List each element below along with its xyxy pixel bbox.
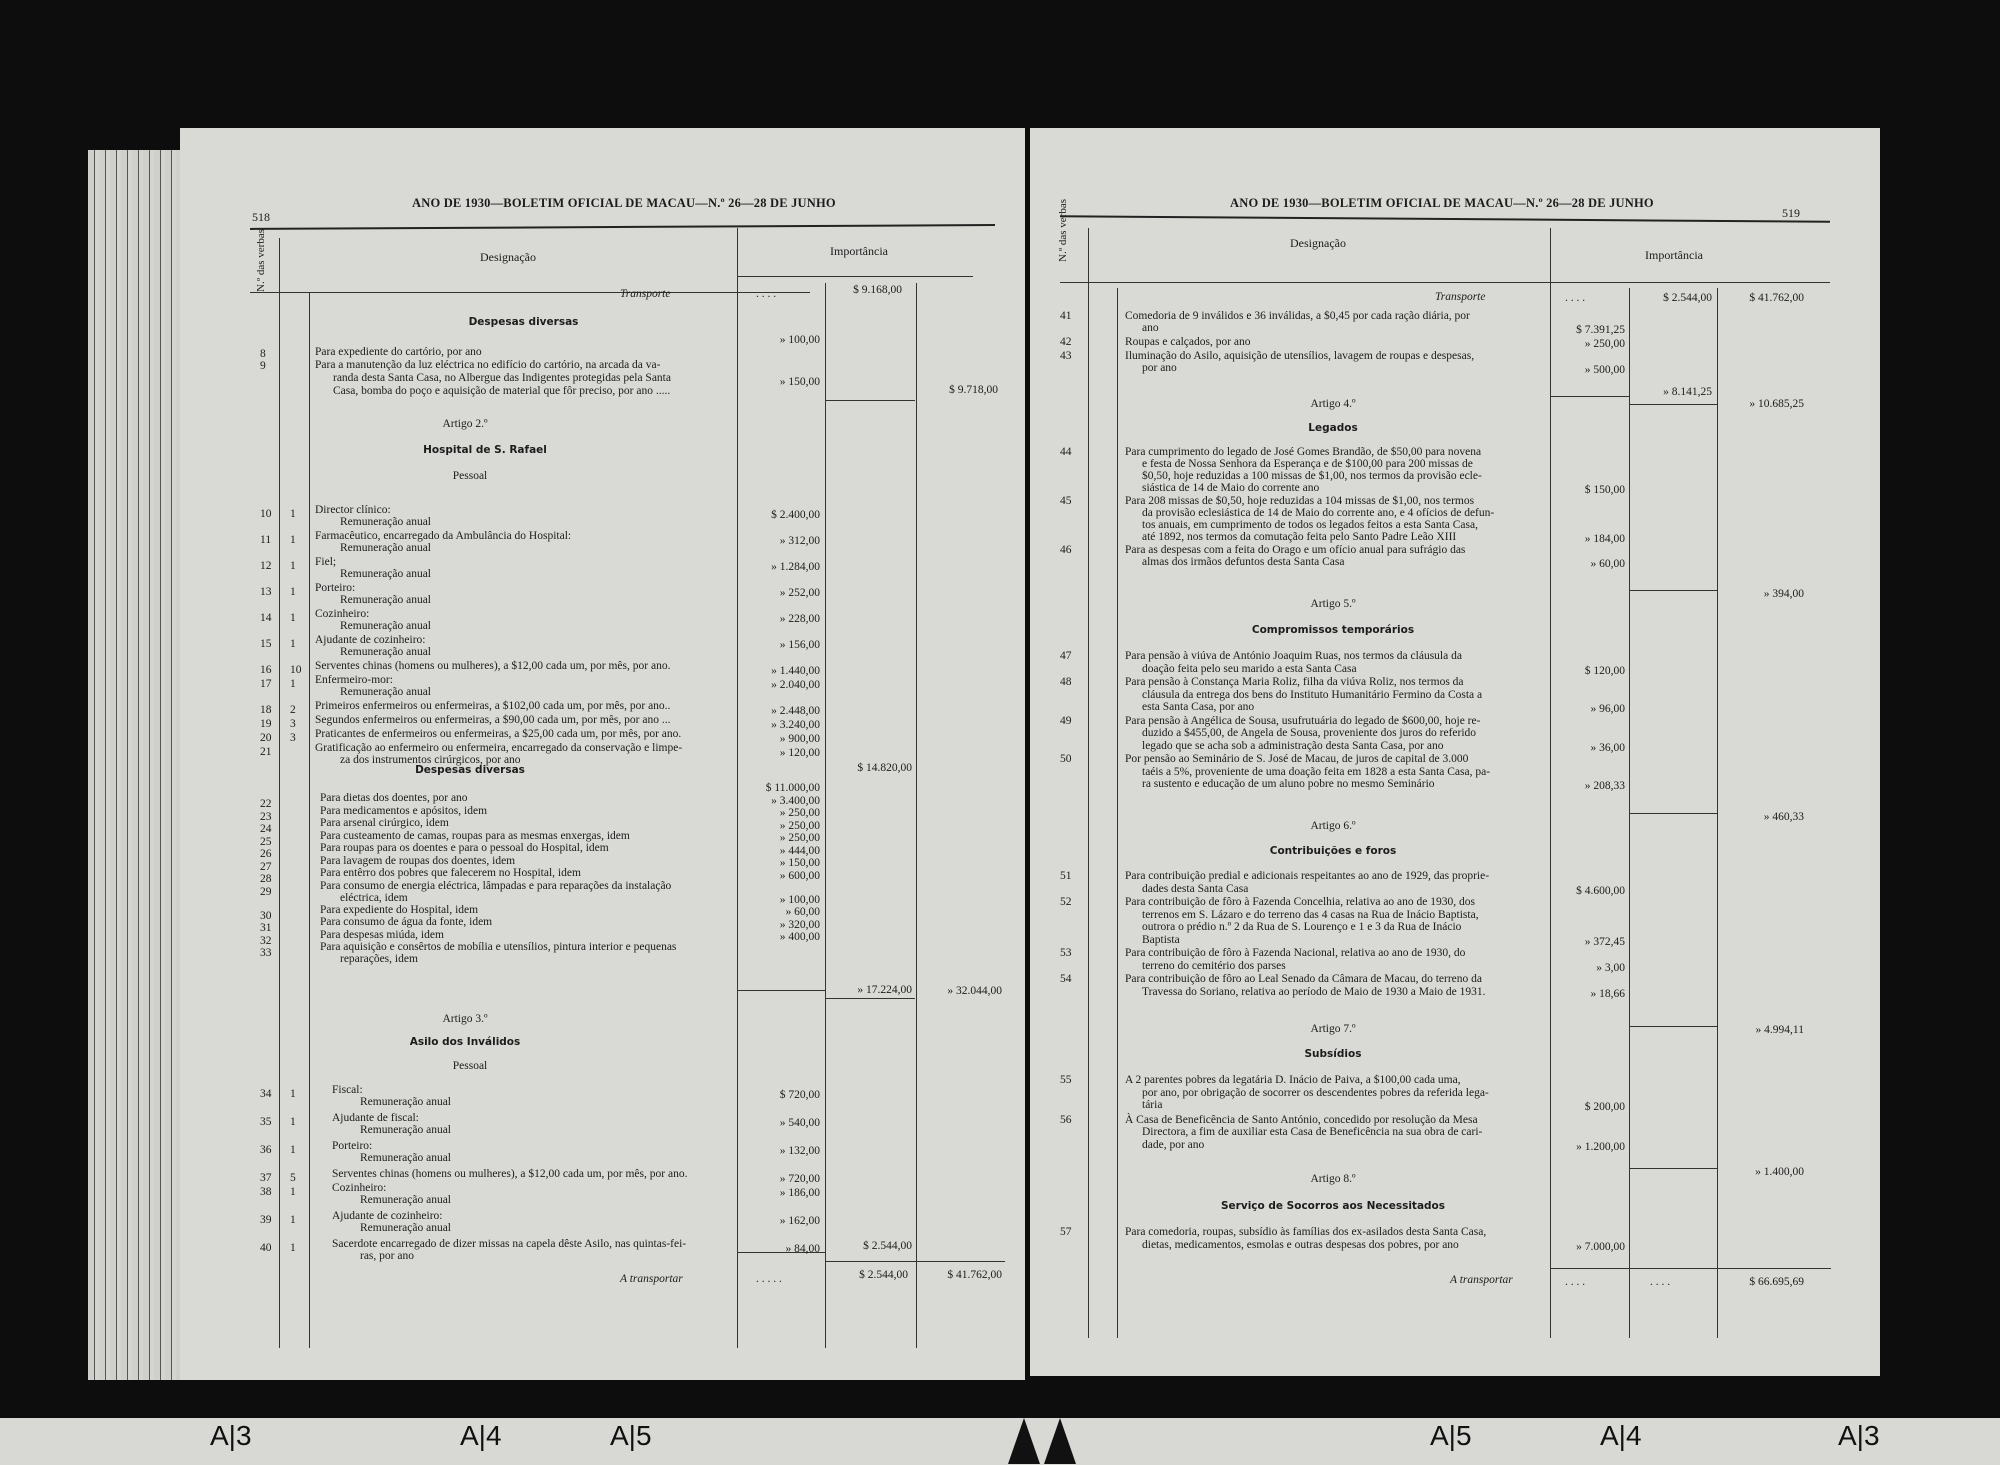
item-quantity: 3 — [290, 732, 296, 745]
item-number: 17 — [260, 678, 272, 691]
frame-mark: A|3 — [1838, 1420, 1880, 1452]
item-quantity: 1 — [290, 1242, 296, 1255]
item-number: 15 — [260, 638, 272, 651]
col-header-num: N.º das verbas — [1058, 199, 1069, 262]
item-value: » 540,00 — [740, 1117, 820, 1130]
item-value: » 96,00 — [1555, 703, 1625, 716]
frame-mark: A|4 — [1600, 1420, 1642, 1452]
item-value: » 600,00 — [740, 870, 820, 883]
item-value: » 900,00 — [740, 733, 820, 746]
item-value: » 60,00 — [740, 906, 820, 919]
item-number: 30 — [260, 910, 272, 923]
item-description: Para contribuição de fôro à Fazenda Naci… — [1125, 947, 1465, 960]
item-number: 34 — [260, 1088, 272, 1101]
item-value: » 2.448,00 — [740, 705, 820, 718]
item-detail: Remuneração anual — [340, 516, 431, 529]
item-number: 10 — [260, 508, 272, 521]
item-value: » 320,00 — [740, 919, 820, 932]
item-detail: Remuneração anual — [360, 1096, 451, 1109]
item-detail: Remuneração anual — [340, 686, 431, 699]
item-detail: Remuneração anual — [360, 1194, 451, 1207]
article-heading: Artigo 5.º — [1118, 598, 1548, 610]
item-number: 31 — [260, 922, 272, 935]
left-page: 518 ANO DE 1930—BOLETIM OFICIAL DE MACAU… — [180, 128, 1025, 1380]
item-description: duzido a $455,00, de Angela de Sousa, pr… — [1142, 727, 1476, 740]
item-title: Praticantes de enfermeiros ou enfermeira… — [315, 728, 681, 741]
item-number: 11 — [260, 534, 271, 547]
item-value: » 208,33 — [1555, 780, 1625, 793]
section-title: Serviço de Socorros aos Necessitados — [1118, 1200, 1548, 1212]
item-value: $ 11.000,00 — [740, 782, 820, 795]
running-header: ANO DE 1930—BOLETIM OFICIAL DE MACAU—N.º… — [1230, 196, 1654, 211]
item-description: ra sustento e educação de um aluno pobre… — [1142, 778, 1435, 791]
subtotal: $ 14.820,00 — [830, 762, 912, 775]
item-description: Para a manutenção da luz eléctrica no ed… — [315, 359, 733, 398]
item-value: » 120,00 — [740, 747, 820, 760]
center-arrow-icon — [1008, 1418, 1040, 1464]
subsection-title: Pessoal — [310, 1060, 630, 1072]
frame-mark: A|5 — [1430, 1420, 1472, 1452]
col-header-designation: Designação — [1290, 236, 1346, 251]
item-number: 44 — [1060, 446, 1072, 459]
item-value: $ 4.600,00 — [1555, 885, 1625, 898]
item-description: Para pensão à Constança Maria Roliz, fil… — [1125, 676, 1464, 689]
item-value: » 36,00 — [1555, 742, 1625, 755]
page-number: 519 — [1782, 206, 1800, 221]
item-number: 45 — [1060, 495, 1072, 508]
subtotal: » 8.141,25 — [1632, 386, 1712, 399]
section-title: Compromissos temporários — [1118, 624, 1548, 636]
item-number: 19 — [260, 718, 272, 731]
page-stack-edges — [88, 150, 188, 1380]
item-quantity: 1 — [290, 612, 296, 625]
item-value: » 100,00 — [740, 334, 820, 347]
page-number: 518 — [252, 210, 270, 225]
item-detail: za dos instrumentos cirúrgicos, por ano — [340, 754, 521, 767]
item-description: Para expediente do Hospital, idem — [320, 904, 478, 917]
item-detail: Remuneração anual — [360, 1152, 451, 1165]
col-header-designation: Designação — [480, 250, 536, 265]
item-description: tária — [1142, 1099, 1162, 1112]
item-quantity: 10 — [290, 664, 302, 677]
item-value: » 228,00 — [740, 613, 820, 626]
transport-label: Transporte — [1435, 291, 1486, 304]
item-number: 50 — [1060, 753, 1072, 766]
item-description: Para contribuição de fôro ao Leal Senado… — [1125, 973, 1482, 986]
item-quantity: 1 — [290, 534, 296, 547]
item-number: 52 — [1060, 896, 1072, 909]
item-description: Iluminação do Asilo, aquisição de utensí… — [1125, 350, 1474, 363]
item-description-cont: reparações, idem — [340, 953, 418, 966]
item-description: À Casa de Beneficência de Santo António,… — [1125, 1114, 1478, 1127]
article-heading: Artigo 6.º — [1118, 820, 1548, 832]
item-number: 47 — [1060, 650, 1072, 663]
article-heading: Artigo 7.º — [1118, 1023, 1548, 1035]
item-value: » 1.200,00 — [1555, 1141, 1625, 1154]
item-value: » 150,00 — [740, 857, 820, 870]
item-value: » 18,66 — [1555, 988, 1625, 1001]
item-description: Para arsenal cirúrgico, idem — [320, 817, 449, 830]
item-number: 9 — [260, 360, 266, 373]
item-detail: Remuneração anual — [340, 542, 431, 555]
item-description: Comedoria de 9 inválidos e 36 inválidas,… — [1125, 310, 1470, 323]
right-page: ANO DE 1930—BOLETIM OFICIAL DE MACAU—N.º… — [1030, 128, 1880, 1376]
item-number: 35 — [260, 1116, 272, 1129]
carry-label: A transportar — [1450, 1274, 1513, 1287]
item-description: Baptista — [1142, 934, 1180, 947]
item-number: 28 — [260, 873, 272, 886]
item-title: Fiscal: — [332, 1084, 363, 1097]
item-number: 27 — [260, 861, 272, 874]
transport-dots: . . . . — [756, 288, 776, 301]
item-number: 32 — [260, 935, 272, 948]
item-value: » 1.440,00 — [740, 665, 820, 678]
item-description: Para consumo de água da fonte, idem — [320, 916, 492, 929]
subsection-title: Pessoal — [310, 470, 630, 482]
item-detail: ras, por ano — [360, 1250, 414, 1263]
item-description: Para medicamentos e apósitos, idem — [320, 805, 487, 818]
article-total: » 32.044,00 — [918, 985, 1002, 998]
item-description: cláusula da entrega dos bens do Institut… — [1142, 689, 1482, 702]
subtotal: » 17.224,00 — [830, 984, 912, 997]
item-description: legado que se acha sob a administração d… — [1142, 740, 1443, 753]
transport-total: $ 41.762,00 — [1720, 292, 1804, 305]
subtotal: $ 2.544,00 — [830, 1240, 912, 1253]
item-number: 54 — [1060, 973, 1072, 986]
item-detail: Remuneração anual — [340, 620, 431, 633]
item-number: 43 — [1060, 350, 1072, 363]
item-detail: Remuneração anual — [340, 568, 431, 581]
frame-mark: A|3 — [210, 1420, 252, 1452]
film-strip: A|5 A|4 A|3 A|3 A|4 A|5 — [0, 1418, 2000, 1465]
carry-value: $ 2.544,00 — [828, 1269, 908, 1282]
carry-dots: . . . . — [1650, 1276, 1670, 1289]
item-number: 21 — [260, 746, 272, 759]
item-number: 48 — [1060, 676, 1072, 689]
item-value: » 444,00 — [740, 845, 820, 858]
item-quantity: 1 — [290, 560, 296, 573]
item-number: 12 — [260, 560, 272, 573]
item-description: Para custeamento de camas, roupas para a… — [320, 830, 630, 843]
subtotal: $ 9.718,00 — [918, 384, 998, 397]
item-value: » 100,00 — [740, 894, 820, 907]
item-value: $ 2.400,00 — [740, 509, 820, 522]
item-number: 51 — [1060, 870, 1072, 883]
item-description: Para contribuição de fôro à Fazenda Conc… — [1125, 896, 1475, 909]
item-title: Segundos enfermeiros ou enfermeiras, a $… — [315, 714, 670, 727]
carry-total: $ 66.695,69 — [1720, 1276, 1804, 1289]
item-description: por ano, por obrigação de socorrer os de… — [1142, 1087, 1489, 1100]
center-arrow-icon — [1044, 1418, 1076, 1464]
running-header: ANO DE 1930—BOLETIM OFICIAL DE MACAU—N.º… — [412, 196, 836, 211]
item-number: 40 — [260, 1242, 272, 1255]
item-value: » 84,00 — [740, 1243, 820, 1256]
item-description: Para comedoria, roupas, subsídio às famí… — [1125, 1226, 1486, 1239]
item-value: » 250,00 — [1555, 338, 1625, 351]
section-title: Hospital de S. Rafael — [310, 444, 660, 456]
item-value: » 7.000,00 — [1555, 1241, 1625, 1254]
item-value: » 372,45 — [1555, 936, 1625, 949]
item-description: almas dos irmãos defuntos desta Santa Ca… — [1142, 556, 1345, 569]
item-description: por ano — [1142, 362, 1177, 375]
item-number: 22 — [260, 798, 272, 811]
item-number: 24 — [260, 823, 272, 836]
carry-total: $ 41.762,00 — [918, 1269, 1002, 1282]
item-description: Directora, a fim de auxiliar esta Casa d… — [1142, 1126, 1482, 1139]
frame-mark: A|4 — [460, 1420, 502, 1452]
item-quantity: 1 — [290, 638, 296, 651]
item-title: Serventes chinas (homens ou mulheres), a… — [315, 660, 670, 673]
item-description: Para contribuição predial e adicionais r… — [1125, 870, 1489, 883]
item-value: » 400,00 — [740, 931, 820, 944]
item-description: Roupas e calçados, por ano — [1125, 336, 1251, 349]
item-description: Para despesas miúda, idem — [320, 929, 444, 942]
article-total: » 1.400,00 — [1720, 1166, 1804, 1179]
item-number: 41 — [1060, 310, 1072, 323]
item-description: Por pensão ao Seminário de S. José de Ma… — [1125, 753, 1468, 766]
col-header-amount: Importância — [1645, 248, 1703, 263]
item-description: doação feita pelo seu marido a esta Sant… — [1142, 663, 1357, 676]
item-number: 37 — [260, 1172, 272, 1185]
item-value: » 60,00 — [1555, 558, 1625, 571]
item-description: Para roupas para os doentes e para o pes… — [320, 842, 609, 855]
item-number: 38 — [260, 1186, 272, 1199]
item-value: » 132,00 — [740, 1145, 820, 1158]
item-description: Para lavagem de roupas dos doentes, idem — [320, 855, 515, 868]
transport-label: Transporte — [620, 288, 671, 301]
item-number: 18 — [260, 704, 272, 717]
frame-mark: A|5 — [610, 1420, 652, 1452]
item-number: 23 — [260, 811, 272, 824]
item-quantity: 1 — [290, 1186, 296, 1199]
item-value: » 3.240,00 — [740, 719, 820, 732]
item-value: » 162,00 — [740, 1215, 820, 1228]
item-description: Para dietas dos doentes, por ano — [320, 792, 468, 805]
item-description: siástica de 14 de Maio do corrente ano — [1142, 482, 1319, 495]
item-value: » 186,00 — [740, 1187, 820, 1200]
item-quantity: 1 — [290, 586, 296, 599]
item-description: terreno do cemitério dos parses — [1142, 960, 1286, 973]
item-value: $ 150,00 — [1555, 484, 1625, 497]
item-number: 42 — [1060, 336, 1072, 349]
item-title: Primeiros enfermeiros ou enfermeiras, a … — [315, 700, 670, 713]
section-title: Asilo dos Inválidos — [310, 1036, 620, 1048]
item-number: 46 — [1060, 544, 1072, 557]
section-title: Despesas diversas — [310, 316, 737, 328]
article-heading: Artigo 8.º — [1118, 1173, 1548, 1185]
item-number: 26 — [260, 848, 272, 861]
item-number: 39 — [260, 1214, 272, 1227]
article-heading: Artigo 4.º — [1118, 398, 1548, 410]
item-value: » 252,00 — [740, 587, 820, 600]
article-total: » 4.994,11 — [1720, 1024, 1804, 1037]
item-value: » 250,00 — [740, 807, 820, 820]
item-value: » 2.040,00 — [740, 679, 820, 692]
item-description: Travessa do Soriano, relativa ao período… — [1142, 986, 1486, 999]
item-description: Para pensão à viúva de António Joaquim R… — [1125, 650, 1462, 663]
item-number: 57 — [1060, 1226, 1072, 1239]
item-title: Fiel; — [315, 556, 336, 569]
article-total: » 394,00 — [1720, 588, 1804, 601]
article-total: » 10.685,25 — [1720, 398, 1804, 411]
carry-dots: . . . . — [1565, 1276, 1585, 1289]
item-value: $ 720,00 — [740, 1089, 820, 1102]
article-heading: Artigo 2.º — [310, 418, 620, 430]
item-quantity: 1 — [290, 1116, 296, 1129]
item-quantity: 1 — [290, 1144, 296, 1157]
item-number: 49 — [1060, 715, 1072, 728]
item-quantity: 3 — [290, 718, 296, 731]
item-description: dades desta Santa Casa — [1142, 883, 1248, 896]
item-value: » 250,00 — [740, 832, 820, 845]
item-description: Para pensão à Angélica de Sousa, usufrut… — [1125, 715, 1480, 728]
item-value: » 312,00 — [740, 535, 820, 548]
transport-dots: . . . . — [1565, 292, 1585, 305]
item-number: 33 — [260, 947, 272, 960]
item-value: $ 200,00 — [1555, 1101, 1625, 1114]
item-number: 16 — [260, 664, 272, 677]
item-detail: Remuneração anual — [340, 594, 431, 607]
item-description: taéis a 5%, proveniente de uma doação fe… — [1142, 766, 1490, 779]
item-number: 13 — [260, 586, 272, 599]
item-description: Para expediente do cartório, por ano — [315, 346, 733, 359]
item-value: » 500,00 — [1555, 364, 1625, 377]
item-quantity: 1 — [290, 1088, 296, 1101]
item-number: 55 — [1060, 1074, 1072, 1087]
item-value: $ 120,00 — [1555, 665, 1625, 678]
item-detail: Remuneração anual — [340, 646, 431, 659]
item-title: Serventes chinas (homens ou mulheres), a… — [332, 1168, 687, 1181]
article-heading: Artigo 3.º — [310, 1013, 620, 1025]
section-title: Subsídios — [1118, 1048, 1548, 1060]
item-value: » 3,00 — [1555, 962, 1625, 975]
section-title: Contribuições e foros — [1118, 845, 1548, 857]
col-header-num: N.º das verbas — [256, 229, 267, 292]
item-quantity: 1 — [290, 1214, 296, 1227]
item-value: » 150,00 — [740, 376, 820, 389]
item-number: 36 — [260, 1144, 272, 1157]
article-total: » 460,33 — [1720, 811, 1804, 824]
item-number: 53 — [1060, 947, 1072, 960]
item-description: até 1892, nos termos da comutação feita … — [1142, 531, 1456, 544]
transport-value: $ 2.544,00 — [1632, 292, 1712, 305]
item-description: terrenos em S. Lázaro e do terreno das 4… — [1142, 909, 1479, 922]
item-quantity: 5 — [290, 1172, 296, 1185]
item-description: Para entêrro dos pobres que falecerem no… — [320, 867, 581, 880]
section-title: Legados — [1118, 422, 1548, 434]
item-description: esta Santa Casa, por ano — [1142, 701, 1254, 714]
carry-dots: . . . . . — [756, 1273, 782, 1286]
item-detail: Remuneração anual — [360, 1124, 451, 1137]
item-value: » 156,00 — [740, 639, 820, 652]
item-value: » 250,00 — [740, 820, 820, 833]
item-number: 25 — [260, 836, 272, 849]
item-description: A 2 parentes pobres da legatária D. Inác… — [1125, 1074, 1461, 1087]
item-description: ano — [1142, 322, 1159, 335]
item-number: 14 — [260, 612, 272, 625]
item-description: dade, por ano — [1142, 1139, 1204, 1152]
carry-label: A transportar — [620, 1273, 683, 1286]
item-number: 56 — [1060, 1114, 1072, 1127]
item-number: 29 — [260, 886, 272, 899]
item-value: » 184,00 — [1555, 533, 1625, 546]
item-quantity: 2 — [290, 704, 296, 717]
item-value: » 1.284,00 — [740, 561, 820, 574]
item-quantity: 1 — [290, 508, 296, 521]
item-detail: Remuneração anual — [360, 1222, 451, 1235]
transport-value: $ 9.168,00 — [828, 284, 902, 297]
item-value: » 3.400,00 — [740, 795, 820, 808]
item-value: $ 7.391,25 — [1555, 324, 1625, 337]
col-header-amount: Importância — [830, 244, 888, 259]
item-description: outrora o prédio n.º 2 da Rua de S. Lour… — [1142, 921, 1461, 934]
item-quantity: 1 — [290, 678, 296, 691]
item-description: dietas, medicamentos, esmolas e outras d… — [1142, 1239, 1459, 1252]
item-number: 20 — [260, 732, 272, 745]
item-value: » 720,00 — [740, 1173, 820, 1186]
